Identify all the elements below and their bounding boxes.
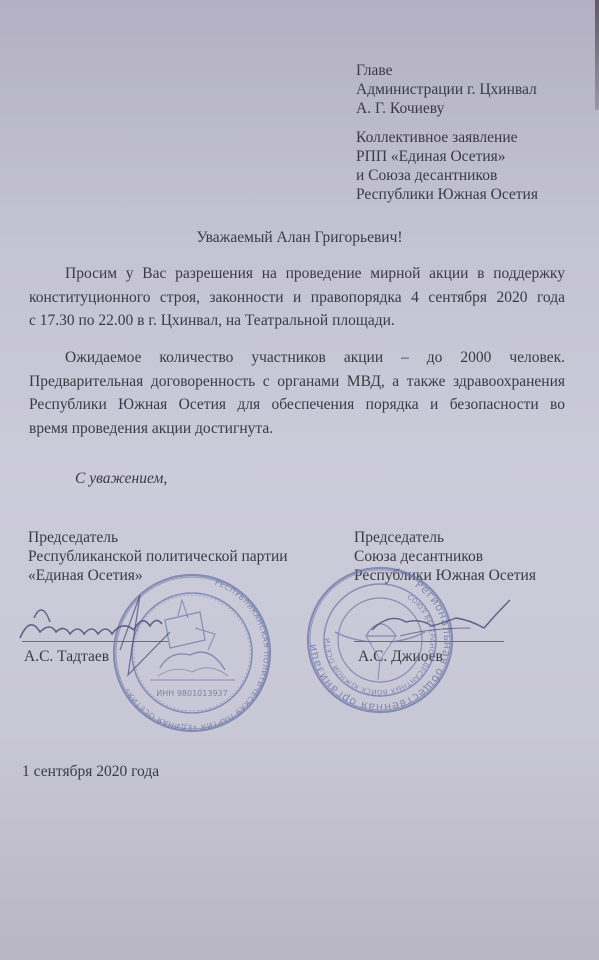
document-page: Главе Администрации г. Цхинвал А. Г. Коч… bbox=[0, 0, 599, 960]
paragraph-line: Просим у Вас разрешения на проведение ми… bbox=[29, 262, 565, 286]
svg-text:РЕСПУБЛИКАНСКАЯ ПОЛИТИЧЕСКАЯ П: РЕСПУБЛИКАНСКАЯ ПОЛИТИЧЕСКАЯ ПАРТИЯ «ЕДИ… bbox=[122, 578, 271, 732]
addressee-block: Главе Администрации г. Цхинвал А. Г. Коч… bbox=[356, 61, 537, 118]
paragraph-line: время проведения акции достигнута. bbox=[29, 417, 565, 441]
closing: С уважением, bbox=[75, 469, 167, 488]
paragraph-line: Республики Южная Осетия для обеспечения … bbox=[29, 393, 565, 417]
subject-block: Коллективное заявление РПП «Единая Осети… bbox=[356, 128, 538, 204]
svg-text:ИНН 9801013937: ИНН 9801013937 bbox=[156, 689, 227, 698]
signature-line-left bbox=[22, 641, 168, 642]
addressee-line: Администрации г. Цхинвал bbox=[356, 80, 537, 99]
signatory-right-name: А.С. Джиоев bbox=[358, 647, 443, 666]
document-date: 1 сентября 2020 года bbox=[22, 762, 159, 781]
paragraph-line: Предварительная договоренность с органам… bbox=[29, 370, 565, 394]
subject-line: РПП «Единая Осетия» bbox=[356, 147, 538, 166]
subject-line: Коллективное заявление bbox=[356, 128, 538, 147]
paragraph-details: Ожидаемое количество участников акции – … bbox=[29, 346, 565, 440]
title-line: Республиканской политической партии bbox=[28, 547, 288, 566]
salutation: Уважаемый Алан Григорьевич! bbox=[0, 228, 599, 247]
subject-line: и Союза десантников bbox=[356, 166, 538, 185]
signatory-left-name: А.С. Тадтаев bbox=[24, 647, 109, 666]
paragraph-line: конституционного строя, законности и пра… bbox=[29, 286, 565, 310]
signature-line-right bbox=[354, 641, 504, 642]
signatory-right-title: Председатель Союза десантников Республик… bbox=[354, 528, 536, 585]
title-line: Республики Южная Осетия bbox=[354, 566, 536, 585]
paragraph-line: с 17.30 по 22.00 в г. Цхинвал, на Театра… bbox=[29, 309, 565, 333]
paragraph-line: Ожидаемое количество участников акции – … bbox=[29, 346, 565, 370]
title-line: Председатель bbox=[354, 528, 536, 547]
addressee-line: Главе bbox=[356, 61, 537, 80]
title-line: «Единая Осетия» bbox=[28, 566, 288, 585]
paper-edge-shadow bbox=[595, 0, 599, 110]
signatory-left-title: Председатель Республиканской политическо… bbox=[28, 528, 288, 585]
title-line: Председатель bbox=[28, 528, 288, 547]
paragraph-request: Просим у Вас разрешения на проведение ми… bbox=[29, 262, 565, 333]
title-line: Союза десантников bbox=[354, 547, 536, 566]
addressee-line: А. Г. Кочиеву bbox=[356, 99, 537, 118]
subject-line: Республики Южная Осетия bbox=[356, 185, 538, 204]
